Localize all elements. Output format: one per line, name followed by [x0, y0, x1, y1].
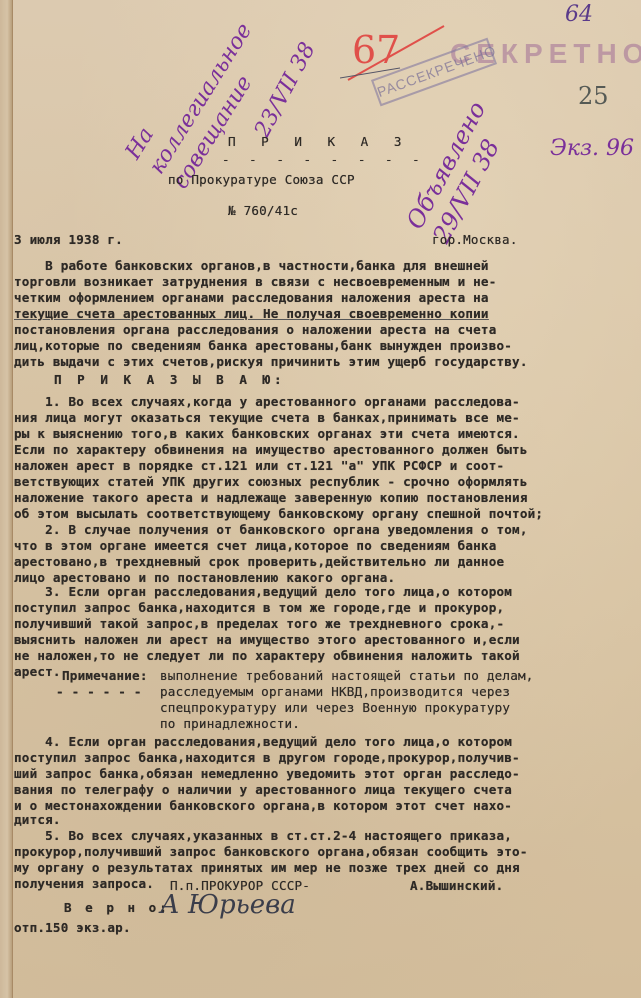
- certified-signature: А Юрьева: [160, 890, 296, 920]
- text-line: наложен арест в порядке ст.121 или ст.12…: [14, 458, 504, 474]
- handwritten-right-note: Объявлено 29/VII 38: [400, 96, 519, 248]
- document-page: СЕКРЕТНО РАССЕКРЕЧЕНО 67 64 25 Экз. 96 Н…: [0, 0, 641, 998]
- red-strike-icon: [340, 20, 450, 90]
- certified-label: В е р н о:: [64, 900, 170, 916]
- title-underline: - - - - - - - -: [222, 152, 426, 168]
- text-line: 3. Если орган расследования,ведущий дело…: [14, 584, 512, 600]
- document-number: № 760/41с: [228, 203, 298, 219]
- text-line: торговли возникает затруднения в связи с…: [14, 274, 497, 290]
- text-line: ры к выяснению того,в каких банковских о…: [14, 426, 520, 442]
- text-line: текущие счета арестованных лиц. Не получ…: [14, 306, 489, 322]
- copy-number: Экз. 96: [550, 136, 634, 161]
- text-line: расследуемым органами НКВД,производится …: [160, 684, 510, 700]
- text-line: наложение такого ареста и надлежаще заве…: [14, 490, 528, 506]
- text-line: ветствующих статей УПК других союзных ре…: [14, 474, 528, 490]
- order-heading: П Р И К А З Ы В А Ю:: [54, 372, 286, 388]
- note-dashes: - - - - - -: [56, 684, 142, 700]
- footer-copies: отп.150 экз.ар.: [14, 920, 131, 936]
- text-line: что в этом органе имеется счет лица,кото…: [14, 538, 497, 554]
- page-number-top: 64: [565, 2, 593, 27]
- text-line: лиц,которые по сведениям банка арестован…: [14, 338, 512, 354]
- text-line: поступил запрос банка,находится в том же…: [14, 600, 504, 616]
- text-line: прокурор,получивший запрос банковского о…: [14, 844, 528, 860]
- text-line: поступил запрос банка,находится в другом…: [14, 750, 520, 766]
- text-line: Если по характеру обвинения на имущество…: [14, 442, 528, 458]
- text-line: 2. В случае получения от банковского орг…: [14, 522, 528, 538]
- page-number-mid: 25: [578, 82, 609, 110]
- text-line: вания по телеграфу о наличии у арестован…: [14, 782, 512, 798]
- text-line: ния лица могут оказаться текущие счета в…: [14, 410, 520, 426]
- text-line: дится.: [14, 812, 61, 828]
- text-line: получивший такой запрос,в пределах того …: [14, 616, 504, 632]
- text-line: 4. Если орган расследования,ведущий дело…: [14, 734, 512, 750]
- text-line: по принадлежности.: [160, 716, 300, 732]
- text-line: 1. Во всех случаях,когда у арестованного…: [14, 394, 520, 410]
- text-line: му органу о результатах принятых им мер …: [14, 860, 520, 876]
- text-line: выполнение требований настоящей статьи п…: [160, 668, 534, 684]
- text-line: постановления органа расследования о нал…: [14, 322, 497, 338]
- signature-name: А.Вышинский.: [410, 878, 503, 894]
- text-line: ший запрос банка,обязан немедленно уведо…: [14, 766, 520, 782]
- text-line: 5. Во всех случаях,указанных в ст.ст.2-4…: [14, 828, 512, 844]
- text-line: четким оформлением органами расследовани…: [14, 290, 489, 306]
- document-date: 3 июля 1938 г.: [14, 232, 123, 248]
- text-line: не наложен,то не следует ли по характеру…: [14, 648, 520, 664]
- text-line: арест.: [14, 664, 61, 680]
- document-title: П Р И К А З: [228, 134, 410, 150]
- binding-edge: [0, 0, 13, 998]
- text-line: получения запроса.: [14, 876, 154, 892]
- text-line: спецпрокуратуру или через Военную прокур…: [160, 700, 510, 716]
- document-subtitle: по Прокуратуре Союза ССР: [168, 172, 355, 188]
- text-line: выяснить наложен ли арест на имущество э…: [14, 632, 520, 648]
- note-label: Примечание:: [62, 668, 148, 684]
- text-line: об этом высылать соответствующему банков…: [14, 506, 543, 522]
- text-line: арестовано,в трехдневный срок проверить,…: [14, 554, 504, 570]
- text-line: и о местонахождении банковского органа,в…: [14, 798, 512, 814]
- text-line: В работе банковских органов,в частности,…: [14, 258, 489, 274]
- document-place: гор.Москва.: [432, 232, 518, 248]
- text-line: дить выдачи с этих счетов,рискуя причини…: [14, 354, 528, 370]
